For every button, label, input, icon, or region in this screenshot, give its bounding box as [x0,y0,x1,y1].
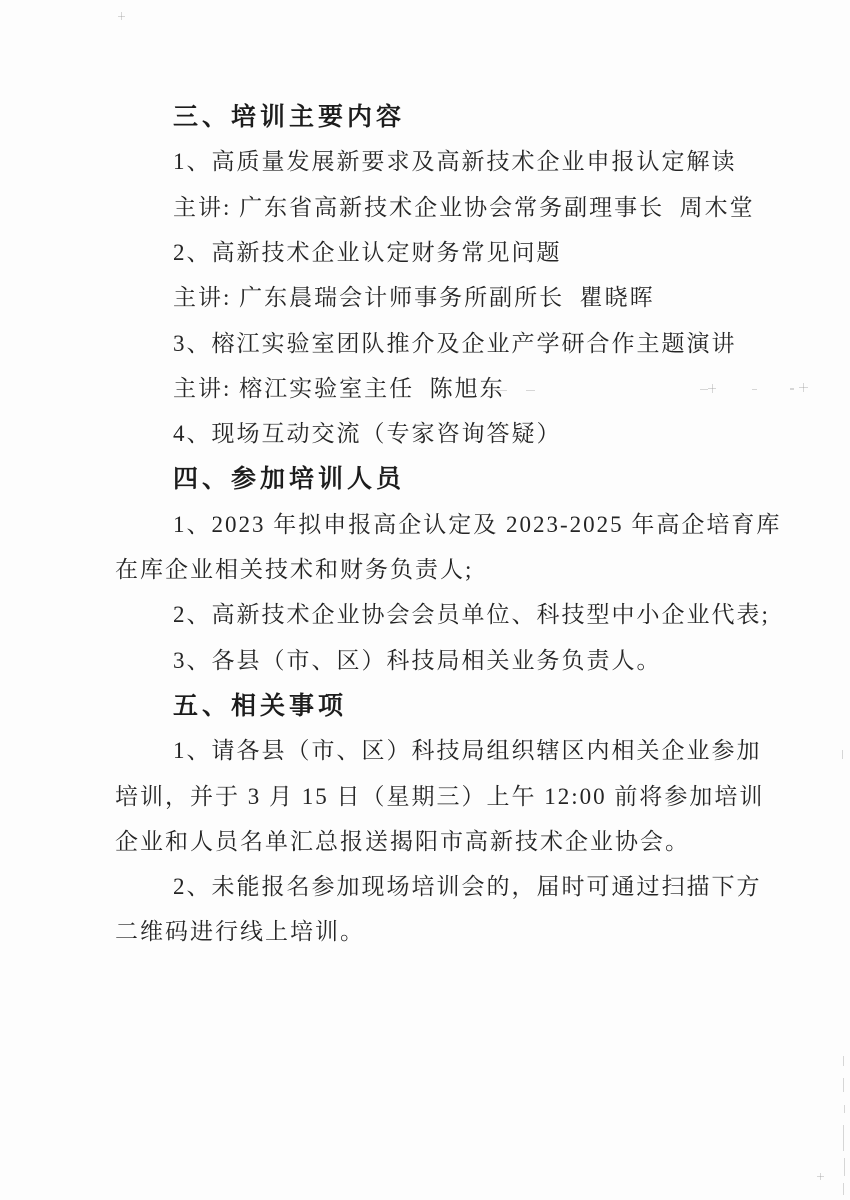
scan-artifact [790,388,794,390]
heading-training-content: 三、培训主要内容 [115,92,745,137]
scanned-document-page: 三、培训主要内容 1、高质量发展新要求及高新技术企业申报认定解读 主讲: 广东省… [0,0,850,1200]
scan-artifact [700,389,708,390]
topic-3: 3、榕江实验室团队推介及企业产学研合作主题演讲 [115,318,745,363]
participants-3: 3、各县（市、区）科技局相关业务负责人。 [115,636,745,681]
topic-2-speaker: 主讲: 广东晨瑞会计师事务所副所长 瞿晓晖 [115,273,745,318]
matters-2-line-2: 二维码进行线上培训。 [115,907,745,952]
scan-artifact [844,1105,845,1113]
topic-1: 1、高质量发展新要求及高新技术企业申报认定解读 [115,137,745,182]
scan-artifact [752,389,757,390]
scan-artifact [526,390,535,391]
matters-1-line-2: 培训，并于 3 月 15 日（星期三）上午 12:00 前将参加培训 [115,771,745,816]
topic-2: 2、高新技术企业认定财务常见问题 [115,228,745,273]
heading-related-matters: 五、相关事项 [115,681,745,726]
matters-1-line-1: 1、请各县（市、区）科技局组织辖区内相关企业参加 [115,726,745,771]
scan-artifact [118,16,125,17]
scan-artifact [817,1176,824,1177]
participants-1-line-1: 1、2023 年拟申报高企认定及 2023-2025 年高企培育库 [115,500,745,545]
scan-artifact [842,750,843,759]
topic-1-speaker: 主讲: 广东省高新技术企业协会常务副理事长 周木堂 [115,183,745,228]
document-body: 三、培训主要内容 1、高质量发展新要求及高新技术企业申报认定解读 主讲: 广东省… [115,92,745,953]
participants-1-line-2: 在库企业相关技术和财务负责人; [115,545,745,590]
scan-artifact [843,1056,844,1066]
topic-4: 4、现场互动交流（专家咨询答疑） [115,409,745,454]
scan-artifact [493,390,507,391]
heading-participants: 四、参加培训人员 [115,454,745,499]
matters-2-line-1: 2、未能报名参加现场培训会的，届时可通过扫描下方 [115,862,745,907]
scan-artifact [708,388,716,389]
scan-artifact [843,1183,844,1195]
scan-artifact [843,1125,844,1151]
scan-artifact [843,1078,844,1092]
scan-artifact [799,387,808,388]
topic-3-speaker: 主讲: 榕江实验室主任 陈旭东 [115,364,745,409]
scan-artifact [844,1158,845,1176]
participants-2: 2、高新技术企业协会会员单位、科技型中小企业代表; [115,590,745,635]
matters-1-line-3: 企业和人员名单汇总报送揭阳市高新技术企业协会。 [115,817,745,862]
